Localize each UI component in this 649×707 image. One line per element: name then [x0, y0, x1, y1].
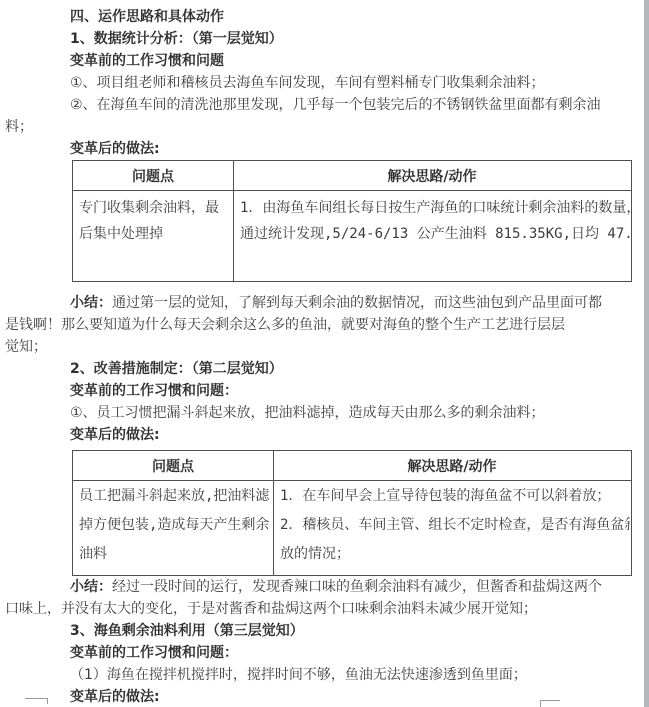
table-1-solution-cell: 1．由海鱼车间组长每日按生产海鱼的口味统计剩余油料的数量， 通过统计发现,5/2…	[234, 191, 630, 281]
section-3-before-label: 变革前的工作习惯和问题：	[5, 642, 644, 664]
section-2-item-1: ①、员工习惯把漏斗斜起来放，把油料滤掉，造成每天由那么多的剩余油料；	[5, 402, 644, 424]
table-cell-line: 2．稽核员、车间主管、组长不定时检查，是否有海鱼盆斜	[280, 511, 630, 540]
table-1-problem-cell: 专门收集剩余油料，最 后集中处理掉	[73, 191, 234, 281]
section-2-summary: 小结：经过一段时间的运行，发现香辣口味的鱼剩余油料有减少，但酱香和盐焗这两个 口…	[5, 576, 644, 620]
text-boundary-mark-right	[540, 700, 560, 707]
summary-text-line: 觉知；	[5, 336, 644, 358]
table-2-body-row: 员工把漏斗斜起来放,把油料滤 掉方便包装,造成每天产生剩余 油料 1．在车间早会…	[73, 481, 631, 575]
table-cell-line: 员工把漏斗斜起来放,把油料滤	[79, 482, 273, 511]
summary-text: 通过第一层的觉知，了解到每天剩余油的数据情况，而这些油包到产品里面可都	[112, 295, 602, 311]
table-1: 问题点 解决思路/动作 专门收集剩余油料，最 后集中处理掉 1．由海鱼车间组长每…	[72, 160, 632, 282]
table-2-solution-cell: 1．在车间早会上宣导待包装的海鱼盆不可以斜着放； 2．稽核员、车间主管、组长不定…	[274, 481, 630, 575]
table-cell-line: 1．由海鱼车间组长每日按生产海鱼的口味统计剩余油料的数量，	[240, 195, 630, 221]
summary-text: 经过一段时间的运行，发现香辣口味的鱼剩余油料有减少，但酱香和盐焗这两个	[112, 579, 602, 595]
window-edge-scrollbar[interactable]	[644, 0, 649, 707]
table-2-header-problem: 问题点	[73, 451, 274, 480]
table-1-header-row: 问题点 解决思路/动作	[73, 161, 631, 191]
section-1-item-2-line-2: 料；	[5, 116, 644, 138]
summary-label: 小结：	[70, 579, 112, 595]
section-1-item-2-line-1: ②、在海鱼车间的清洗池那里发现，几乎每一个包装完后的不锈钢铁盆里面都有剩余油	[5, 94, 644, 116]
chapter-heading: 四、运作思路和具体动作	[5, 6, 644, 28]
table-2-problem-cell: 员工把漏斗斜起来放,把油料滤 掉方便包装,造成每天产生剩余 油料	[73, 481, 274, 575]
section-1-after-label: 变革后的做法:	[5, 138, 644, 160]
table-cell-line: 掉方便包装,造成每天产生剩余	[79, 511, 273, 540]
table-cell-line: 1．在车间早会上宣导待包装的海鱼盆不可以斜着放；	[280, 482, 630, 511]
section-1-summary: 小结：通过第一层的觉知，了解到每天剩余油的数据情况，而这些油包到产品里面可都 是…	[5, 292, 644, 358]
text-boundary-mark-left	[25, 698, 48, 704]
section-1-item-1: ①、项目组老师和稽核员去海鱼车间发现，车间有塑料桶专门收集剩余油料；	[5, 72, 644, 94]
summary-label: 小结：	[70, 295, 112, 311]
document-page: 四、运作思路和具体动作 1、数据统计分析：（第一层觉知） 变革前的工作习惯和问题…	[0, 0, 644, 707]
table-2-header-row: 问题点 解决思路/动作	[73, 451, 631, 481]
section-1-before-label: 变革前的工作习惯和问题	[5, 50, 644, 72]
section-2-heading: 2、改善措施制定：（第二层觉知）	[5, 358, 644, 380]
table-cell-line: 专门收集剩余油料，最	[79, 195, 233, 221]
table-1-body-row: 专门收集剩余油料，最 后集中处理掉 1．由海鱼车间组长每日按生产海鱼的口味统计剩…	[73, 191, 631, 281]
summary-text-line: 口味上，并没有太大的变化，于是对酱香和盐焗这两个口味剩余油料未减少展开觉知；	[5, 598, 644, 620]
section-3-heading: 3、海鱼剩余油料利用（第三层觉知）	[5, 620, 644, 642]
table-cell-line: 油料	[79, 540, 273, 569]
section-2-before-label: 变革前的工作习惯和问题：	[5, 380, 644, 402]
table-1-header-problem: 问题点	[73, 161, 234, 190]
summary-text-line: 是钱啊！那么要知道为什么每天会剩余这么多的鱼油，就要对海鱼的整个生产工艺进行层层	[5, 314, 644, 336]
table-cell-line: 放的情况；	[280, 540, 630, 569]
section-3-item-1: （1）海鱼在搅拌机搅拌时，搅拌时间不够，鱼油无法快速渗透到鱼里面；	[5, 664, 644, 686]
section-1-heading: 1、数据统计分析：（第一层觉知）	[5, 28, 644, 50]
table-2: 问题点 解决思路/动作 员工把漏斗斜起来放,把油料滤 掉方便包装,造成每天产生剩…	[72, 450, 632, 576]
table-2-header-solution: 解决思路/动作	[274, 451, 630, 480]
table-1-header-solution: 解决思路/动作	[234, 161, 630, 190]
table-cell-line: 通过统计发现,5/24-6/13 公产生油料 815.35KG,日均 47.96…	[240, 221, 630, 247]
table-cell-line: 后集中处理掉	[79, 221, 233, 247]
section-2-after-label: 变革后的做法:	[5, 424, 644, 446]
